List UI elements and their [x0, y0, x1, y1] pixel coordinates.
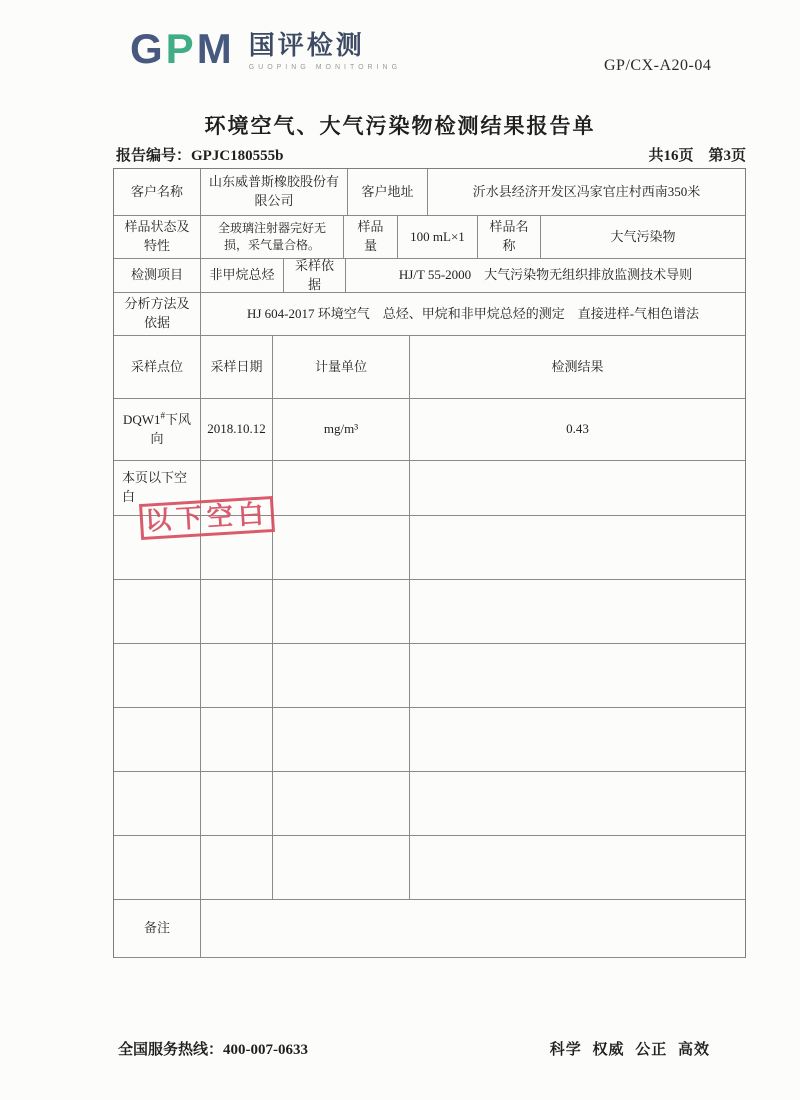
sampling-date-value: 2018.10.12	[201, 399, 273, 460]
header-sampling-point: 采样点位	[114, 336, 201, 398]
empty-row	[114, 580, 745, 644]
empty-cell	[410, 836, 745, 899]
empty-cell	[201, 708, 273, 771]
empty-cell	[273, 461, 410, 515]
empty-cell	[114, 580, 201, 643]
row-analysis-method: 分析方法及依据 HJ 604-2017 环境空气 总烃、甲烷和非甲烷总烃的测定 …	[114, 293, 745, 336]
empty-cell	[114, 708, 201, 771]
analysis-method-label: 分析方法及依据	[114, 293, 201, 335]
report-meta-row: 报告编号：GPJC180555b 共16页 第3页	[116, 144, 746, 165]
empty-cell	[273, 516, 410, 579]
empty-cell	[201, 644, 273, 707]
report-number-label: 报告编号：	[116, 148, 191, 164]
row-customer: 客户名称 山东威普斯橡胶股份有限公司 客户地址 沂水县经济开发区冯家官庄村西南3…	[114, 169, 745, 216]
result-data-row: DQW1#下风向 2018.10.12 mg/m³ 0.43	[114, 399, 745, 461]
remarks-value	[201, 900, 745, 957]
empty-cell	[410, 644, 745, 707]
header-measure-unit: 计量单位	[273, 336, 410, 398]
test-result-value: 0.43	[410, 399, 745, 460]
customer-address-label: 客户地址	[348, 169, 428, 215]
sample-state-value: 全玻璃注射器完好无损，采气量合格。	[201, 216, 344, 258]
empty-cell	[273, 580, 410, 643]
row-test-item: 检测项目 非甲烷总烃 采样依据 HJ/T 55-2000 大气污染物无组织排放监…	[114, 259, 745, 293]
page-count: 共16页 第3页	[648, 144, 746, 165]
empty-cell	[410, 461, 745, 515]
logo-chinese-name: 国评检测	[249, 30, 401, 61]
report-number-value: GPJC180555b	[191, 148, 284, 164]
empty-cell	[410, 580, 745, 643]
sampling-basis-label: 采样依据	[284, 259, 346, 292]
empty-cell	[114, 644, 201, 707]
empty-row	[114, 836, 745, 900]
header-test-result: 检测结果	[410, 336, 745, 398]
customer-address-value: 沂水县经济开发区冯家官庄村西南350米	[428, 169, 745, 215]
remarks-label: 备注	[114, 900, 201, 957]
empty-row	[114, 644, 745, 708]
empty-rows	[114, 516, 745, 900]
page-footer: 全国服务热线：400-007-0633 科学 权威 公正 高效	[118, 1038, 710, 1059]
report-number: 报告编号：GPJC180555b	[116, 144, 284, 165]
empty-cell	[273, 772, 410, 835]
customer-name-label: 客户名称	[114, 169, 201, 215]
sampling-basis-value: HJ/T 55-2000 大气污染物无组织排放监测技术导则	[346, 259, 745, 292]
empty-cell	[273, 836, 410, 899]
logo-letter-g: G	[130, 28, 166, 70]
service-hotline: 全国服务热线：400-007-0633	[118, 1038, 308, 1059]
analysis-method-value: HJ 604-2017 环境空气 总烃、甲烷和非甲烷总烃的测定 直接进样-气相色…	[201, 293, 745, 335]
measure-unit-value: mg/m³	[273, 399, 410, 460]
empty-cell	[273, 708, 410, 771]
sample-quantity-value: 100 mL×1	[398, 216, 478, 258]
empty-cell	[410, 708, 745, 771]
company-slogan: 科学 权威 公正 高效	[550, 1038, 710, 1059]
empty-cell	[114, 772, 201, 835]
empty-cell	[201, 580, 273, 643]
logo-letter-m: M	[197, 28, 235, 70]
sample-state-label: 样品状态及特性	[114, 216, 201, 258]
sampling-point-value: DQW1#下风向	[114, 399, 201, 460]
empty-cell	[201, 836, 273, 899]
logo-letter-p: P	[166, 28, 197, 70]
test-item-value: 非甲烷总烃	[201, 259, 284, 292]
logo-english-tagline: GUOPING MONITORING	[249, 64, 401, 71]
test-item-label: 检测项目	[114, 259, 201, 292]
document-code: GP/CX-A20-04	[604, 57, 711, 75]
sample-name-label: 样品名称	[478, 216, 541, 258]
empty-cell	[273, 644, 410, 707]
results-header-row: 采样点位 采样日期 计量单位 检测结果	[114, 336, 745, 399]
empty-row	[114, 708, 745, 772]
sample-name-value: 大气污染物	[541, 216, 745, 258]
remarks-row: 备注	[114, 900, 745, 958]
empty-cell	[114, 836, 201, 899]
empty-cell	[201, 772, 273, 835]
report-table: 客户名称 山东威普斯橡胶股份有限公司 客户地址 沂水县经济开发区冯家官庄村西南3…	[113, 168, 746, 958]
row-sample-state: 样品状态及特性 全玻璃注射器完好无损，采气量合格。 样品量 100 mL×1 样…	[114, 216, 745, 259]
empty-row	[114, 772, 745, 836]
header-sampling-date: 采样日期	[201, 336, 273, 398]
empty-cell	[410, 772, 745, 835]
sampling-point-text: DQW1#下风向	[122, 411, 192, 449]
page-title: 环境空气、大气污染物检测结果报告单	[0, 110, 800, 140]
customer-name-value: 山东威普斯橡胶股份有限公司	[201, 169, 348, 215]
empty-cell	[410, 516, 745, 579]
company-logo: G P M 国评检测 GUOPING MONITORING	[130, 28, 401, 71]
sample-quantity-label: 样品量	[344, 216, 398, 258]
logo-gpm-letters: G P M	[130, 28, 235, 70]
